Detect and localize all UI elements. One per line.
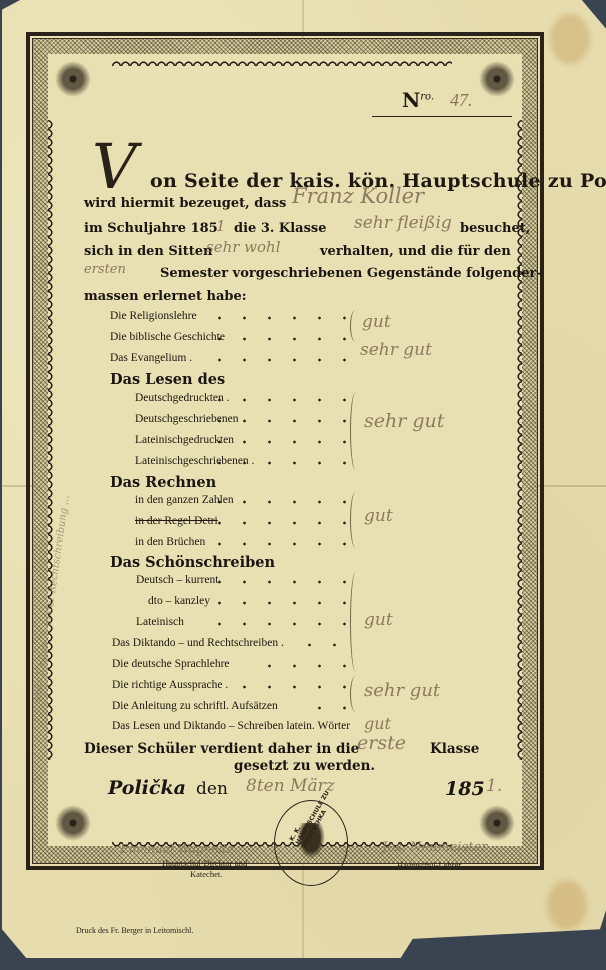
conclusion-label: Dieser Schüler verdient daher in die bbox=[84, 741, 359, 757]
school-seal: K. K. HAUPTSCHULE ZU POLITSCHKA bbox=[274, 800, 348, 886]
signature-teacher: Jos. Neumeister bbox=[382, 840, 487, 855]
student-name: Franz Koller bbox=[292, 184, 424, 208]
promotion-label: gesetzt zu werden. bbox=[234, 758, 375, 774]
brace-icon bbox=[350, 676, 361, 712]
class-label: die 3. Klasse bbox=[234, 221, 327, 236]
grade-reading: sehr gut bbox=[364, 410, 444, 432]
class-word: Klasse bbox=[430, 741, 479, 757]
subject-chancery: dto – kanzley bbox=[148, 595, 210, 607]
director-title-2: Katechet. bbox=[190, 869, 222, 879]
date-label: den bbox=[196, 779, 228, 799]
director-title: Hauptschul-Direktor und bbox=[162, 858, 247, 868]
printer-line: Druck des Fr. Berger in Leitomischl. bbox=[76, 926, 193, 935]
leader-dots bbox=[207, 337, 357, 341]
certificate-number: Nro. 47. bbox=[372, 86, 512, 117]
wave-ornament-left bbox=[48, 120, 56, 760]
attended-label: besuchet, bbox=[460, 221, 530, 236]
leader-dots bbox=[257, 664, 357, 668]
number-value: 47. bbox=[450, 90, 473, 111]
intro-label: wird hiermit bezeuget, dass bbox=[84, 196, 286, 211]
year-digit: 1. bbox=[486, 776, 502, 796]
teacher-title: Hauptschul-Lehrer. bbox=[397, 860, 463, 870]
leader-dots bbox=[207, 461, 357, 465]
grade-religion: gut bbox=[362, 312, 391, 332]
corner-ornament-bl-icon bbox=[50, 800, 96, 846]
conduct-value: sehr wohl bbox=[206, 238, 281, 256]
grade-composition: sehr gut bbox=[364, 680, 440, 701]
brace-icon bbox=[350, 310, 361, 342]
paper-stain bbox=[550, 14, 590, 64]
group-reading: Das Lesen des bbox=[110, 371, 225, 388]
subject-grammar: Die deutsche Sprachlehre bbox=[112, 658, 230, 670]
subject-religion: Die Religionslehre bbox=[110, 310, 197, 322]
paper-stain bbox=[547, 880, 587, 930]
leader-dots bbox=[207, 542, 357, 546]
semester-value: ersten bbox=[84, 262, 126, 277]
school-year-label: im Schuljahre 185 bbox=[84, 221, 218, 236]
subject-rule-of-three: in der Regel Detri bbox=[135, 515, 218, 527]
place-name: Polička bbox=[108, 777, 186, 799]
subject-latin-words: Das Lesen und Diktando – Schreiben latei… bbox=[112, 720, 350, 732]
leader-dots bbox=[207, 622, 357, 626]
leader-dots bbox=[207, 316, 357, 320]
brace-icon bbox=[350, 392, 361, 470]
certificate-sheet: Nro. 47. V on Seite der kais. kön. Haupt… bbox=[2, 0, 606, 958]
subject-pronunciation: Die richtige Aussprache . bbox=[112, 679, 228, 691]
signature-director: Emanuel Wagenitz bbox=[120, 842, 233, 856]
grade-arithmetic: gut bbox=[364, 506, 393, 526]
decorative-initial: V bbox=[92, 130, 137, 203]
leader-dots bbox=[207, 521, 357, 525]
school-year-digit: 1 bbox=[216, 217, 226, 235]
leader-dots bbox=[207, 419, 357, 423]
leader-dots bbox=[232, 685, 357, 689]
subject-composition: Die Anleitung zu schriftl. Aufsätzen bbox=[112, 700, 278, 712]
corner-ornament-tl-icon bbox=[50, 56, 96, 102]
grade-latin-words: gut bbox=[364, 714, 391, 733]
year-label: 185 bbox=[445, 778, 485, 800]
learned-label: massen erlernet habe: bbox=[84, 289, 247, 304]
semester-label: Semester vorgeschriebenen Gegenstände fo… bbox=[160, 266, 542, 281]
subject-latin-script: Lateinisch bbox=[136, 616, 184, 628]
leader-dots bbox=[207, 398, 357, 402]
leader-dots bbox=[207, 440, 357, 444]
leader-dots bbox=[207, 601, 357, 605]
leader-dots bbox=[297, 643, 357, 647]
attendance-value: sehr fleißig bbox=[354, 213, 452, 233]
brace-icon bbox=[350, 492, 361, 548]
wave-ornament-right bbox=[514, 120, 522, 760]
grade-gospel: sehr gut bbox=[360, 340, 432, 360]
leader-dots bbox=[207, 358, 357, 362]
grade-calligraphy: gut bbox=[364, 610, 393, 630]
next-class-value: erste bbox=[357, 732, 406, 754]
subject-gospel: Das Evangelium . bbox=[110, 352, 192, 364]
leader-dots bbox=[207, 500, 357, 504]
leader-dots bbox=[307, 706, 357, 710]
behaved-label: verhalten, und die für den bbox=[320, 244, 511, 259]
conduct-label: sich in den Sitten bbox=[84, 244, 212, 259]
group-arithmetic: Das Rechnen bbox=[110, 474, 216, 491]
brace-icon bbox=[350, 572, 361, 672]
number-label: Nro. bbox=[402, 88, 434, 112]
subject-fractions: in den Brüchen bbox=[135, 536, 205, 548]
wave-ornament-top bbox=[112, 58, 452, 66]
leader-dots bbox=[207, 580, 357, 584]
subject-dictation: Das Diktando – und Rechtschreiben . bbox=[112, 637, 284, 649]
group-calligraphy: Das Schönschreiben bbox=[110, 554, 275, 571]
